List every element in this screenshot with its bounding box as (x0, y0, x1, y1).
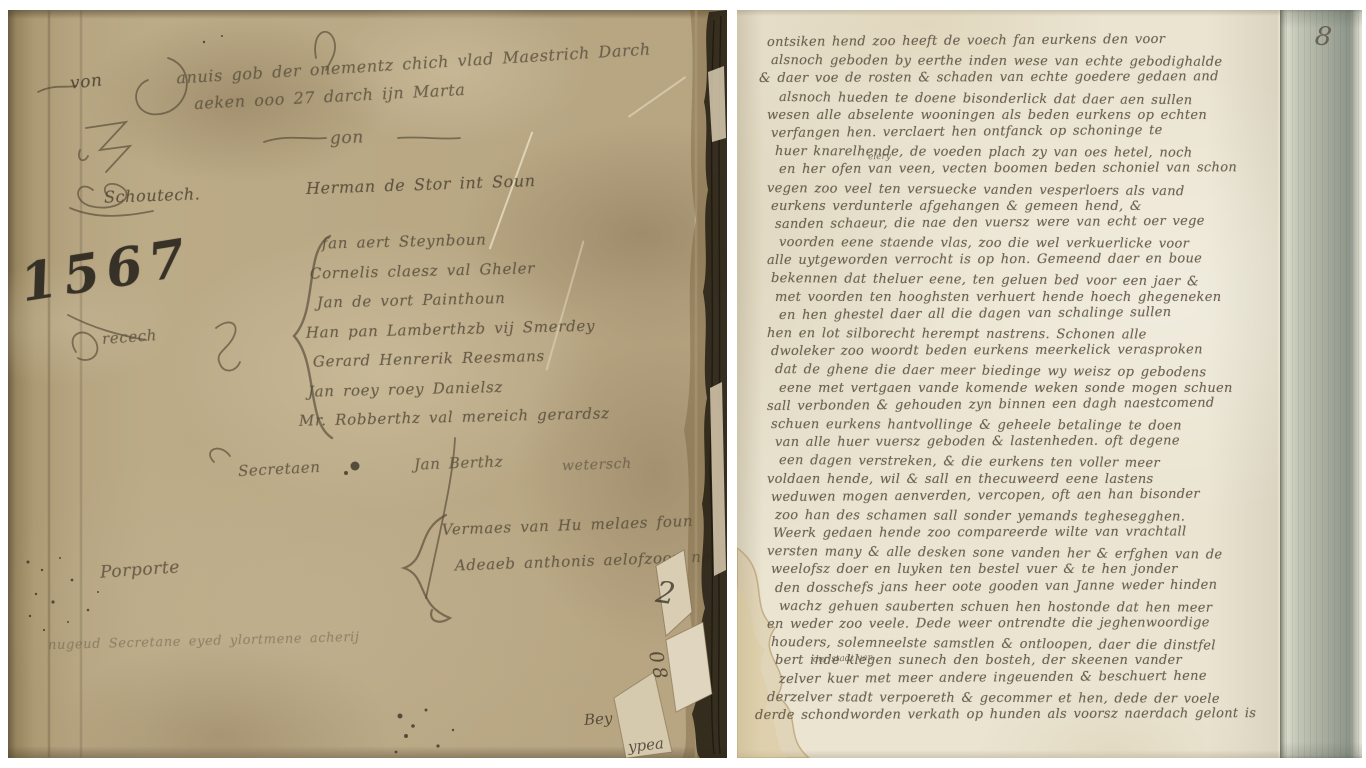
manuscript-text-line: sall verbonden & gehouden zyn binnen een… (767, 394, 1307, 416)
manuscript-text-line: zelver kuer met meer andere ingeuenden &… (779, 666, 1319, 688)
manuscript-text-line: van alle huer vuersz geboden & lastenhed… (775, 432, 1315, 452)
manuscript-text-block: ontsiken hend zoo heeft de voech fan eur… (767, 34, 1307, 725)
left-page-photo: anuis gob der onementz chich vlad Maestr… (8, 10, 727, 758)
manuscript-text-line: sanden schaeur, die nae den vuersz were … (775, 212, 1315, 234)
page-fold-line (695, 10, 697, 758)
margin-word-middle: recech (101, 326, 157, 348)
center-flourish-word: gon (330, 127, 365, 148)
manuscript-text-line: dwoleker zoo woordt beden eurkens meerke… (771, 341, 1311, 361)
manuscript-text-line: en her ofen van veen, vecten boomen bede… (779, 159, 1319, 179)
corner-mark-bey: Bey (583, 709, 613, 729)
name-list-entry: Mr. Robberthz val mereich gerardsz (299, 404, 611, 441)
margin-word-von: von (69, 70, 104, 93)
manuscript-text-line: & daer voe de rosten & schaden van echte… (759, 68, 1315, 88)
right-page-photo: 8 ontsiken hend zoo heeft de voech fan e… (737, 10, 1362, 758)
official-label: Schoutech. (104, 184, 201, 206)
corner-mark-ypea: ypea (627, 734, 665, 756)
secretary-note: wetersch (562, 456, 632, 474)
manuscript-collage: anuis gob der onementz chich vlad Maestr… (0, 0, 1366, 768)
manuscript-text-line: derde schondworden verkath op hunden als… (755, 705, 1311, 725)
manuscript-text-line: alle uytgeworden verrocht is op hon. Gem… (767, 250, 1307, 270)
manuscript-text-line: ontsiken hend zoo heeft de voech fan eur… (767, 30, 1307, 52)
manuscript-text-line: en hen ghestel daer all die dagen van sc… (779, 303, 1319, 325)
name-list: fan aert SteynbounCornelis claesz val Gh… (308, 231, 610, 438)
manuscript-text-line: den dosschefs jans heer oote gooden van … (775, 575, 1315, 597)
manuscript-text-line: Weerk gedaen hende zoo compareerde wilte… (773, 523, 1319, 543)
manuscript-text-line: weduwen mogen aenverden, vercopen, oft a… (771, 485, 1311, 507)
manuscript-text-line: en weder zoo veele. Dede weer ontrendte … (767, 614, 1307, 634)
interline-insertion-1: elery (868, 152, 891, 163)
secretary-name: Jan Berthz (414, 452, 504, 473)
manuscript-text-line: verfangen hen. verclaert hen ontfanck op… (771, 121, 1311, 143)
interline-insertion-2: der stadt van (813, 653, 874, 665)
folio-number: 8 (1313, 21, 1333, 53)
